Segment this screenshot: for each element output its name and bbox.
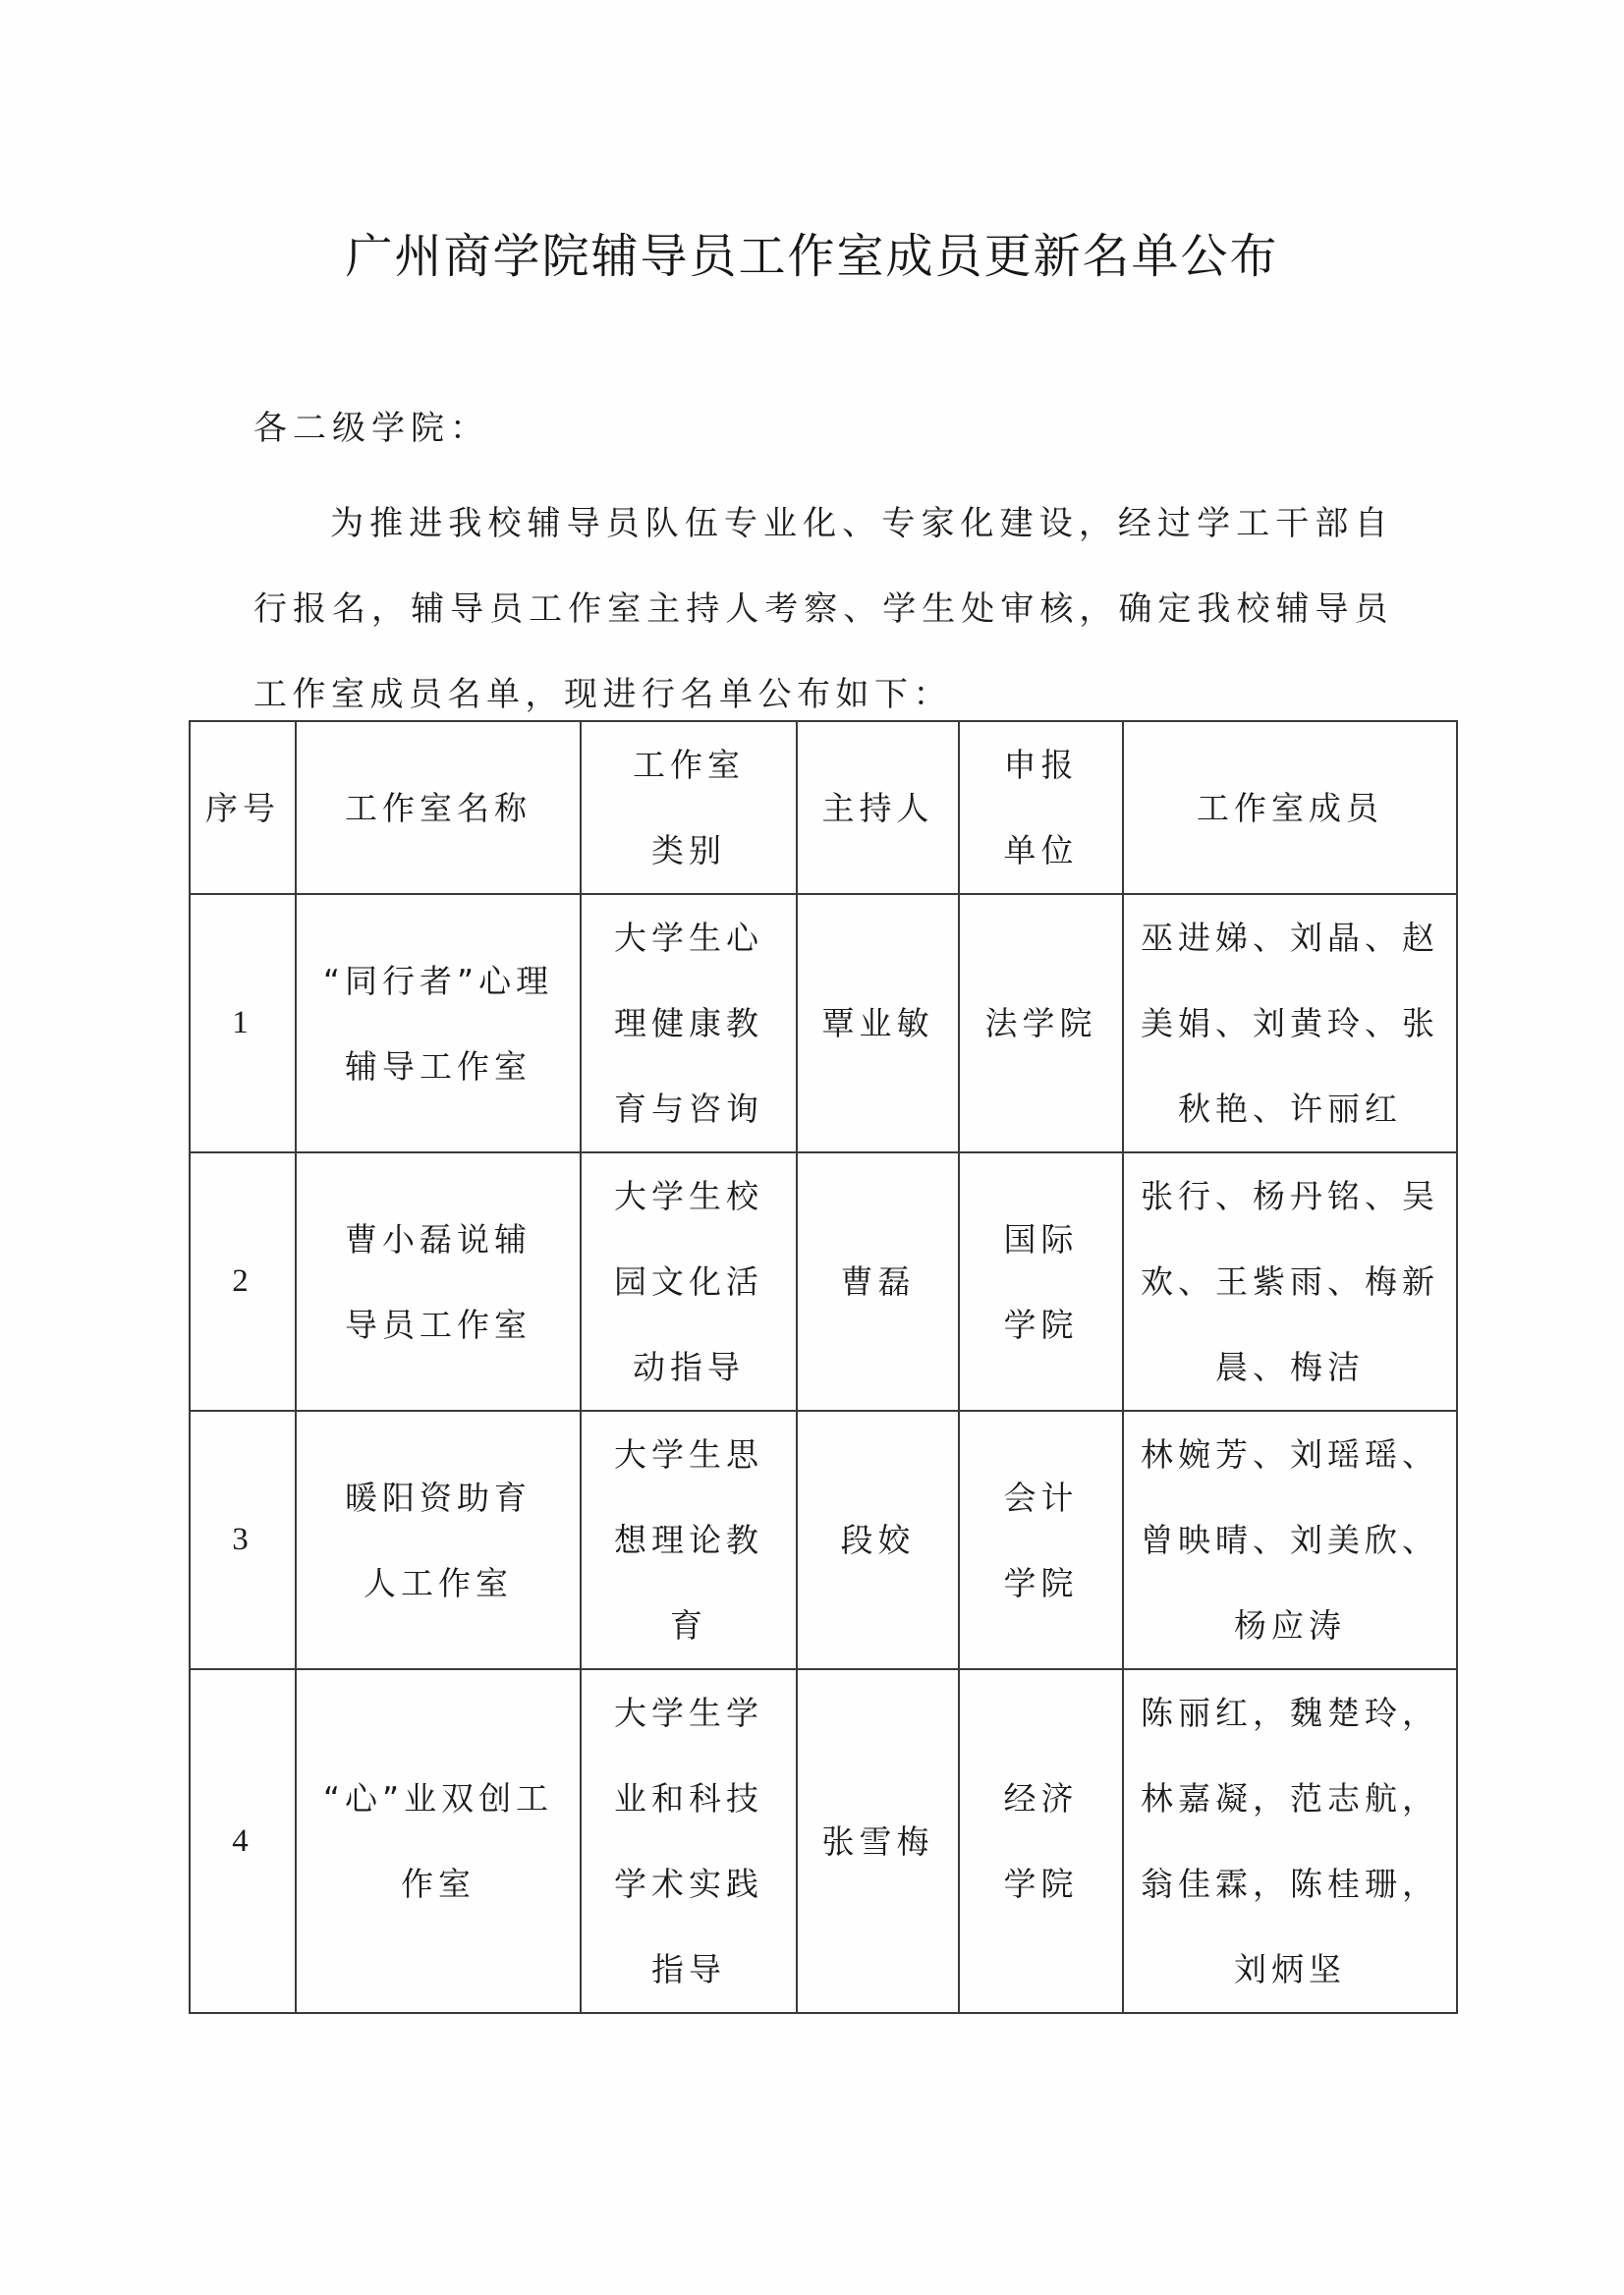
cell-unit: 国际学院 (959, 1152, 1123, 1411)
header-unit: 申报单位 (959, 721, 1123, 894)
cell-unit: 法学院 (959, 894, 1123, 1152)
cell-index: 2 (190, 1152, 296, 1411)
cell-index: 3 (190, 1411, 296, 1669)
cell-members: 巫进娣、刘晶、赵美娟、刘黄玲、张秋艳、许丽红 (1123, 894, 1457, 1152)
cell-host: 张雪梅 (797, 1669, 959, 2013)
header-host: 主持人 (797, 721, 959, 894)
table-row: 2 曹小磊说辅导员工作室 大学生校园文化活动指导 曹磊 国际学院 张行、杨丹铭、… (190, 1152, 1457, 1411)
studio-member-table: 序号 工作室名称 工作室类别 主持人 申报单位 工作室成员 1 “同行者”心理辅… (189, 720, 1458, 2014)
cell-index: 4 (190, 1669, 296, 2013)
cell-studio-name: 暖阳资助育人工作室 (296, 1411, 581, 1669)
cell-studio-name: 曹小磊说辅导员工作室 (296, 1152, 581, 1411)
cell-studio-type: 大学生思想理论教育 (581, 1411, 797, 1669)
cell-studio-type: 大学生心理健康教育与咨询 (581, 894, 797, 1152)
cell-host: 段姣 (797, 1411, 959, 1669)
cell-studio-type: 大学生学业和科技学术实践指导 (581, 1669, 797, 2013)
table-row: 3 暖阳资助育人工作室 大学生思想理论教育 段姣 会计学院 林婉芳、刘瑶瑶、曾映… (190, 1411, 1457, 1669)
cell-unit: 会计学院 (959, 1411, 1123, 1669)
header-members: 工作室成员 (1123, 721, 1457, 894)
cell-members: 张行、杨丹铭、吴欢、王紫雨、梅新晨、梅洁 (1123, 1152, 1457, 1411)
cell-unit: 经济学院 (959, 1669, 1123, 2013)
table-row: 4 “心”业双创工作室 大学生学业和科技学术实践指导 张雪梅 经济学院 陈丽红，… (190, 1669, 1457, 2013)
cell-studio-type: 大学生校园文化活动指导 (581, 1152, 797, 1411)
document-title: 广州商学院辅导员工作室成员更新名单公布 (0, 218, 1624, 286)
table-header-row: 序号 工作室名称 工作室类别 主持人 申报单位 工作室成员 (190, 721, 1457, 894)
cell-members: 林婉芳、刘瑶瑶、曾映晴、刘美欣、杨应涛 (1123, 1411, 1457, 1669)
body-paragraph: 为推进我校辅导员队伍专业化、专家化建设，经过学工干部自行报名，辅导员工作室主持人… (253, 481, 1393, 738)
cell-host: 覃业敏 (797, 894, 959, 1152)
cell-host: 曹磊 (797, 1152, 959, 1411)
cell-index: 1 (190, 894, 296, 1152)
cell-studio-name: “同行者”心理辅导工作室 (296, 894, 581, 1152)
cell-members: 陈丽红，魏楚玲，林嘉凝，范志航，翁佳霖，陈桂珊，刘炳坚 (1123, 1669, 1457, 2013)
cell-studio-name: “心”业双创工作室 (296, 1669, 581, 2013)
salutation: 各二级学院： (253, 401, 489, 449)
table-row: 1 “同行者”心理辅导工作室 大学生心理健康教育与咨询 覃业敏 法学院 巫进娣、… (190, 894, 1457, 1152)
header-studio-type: 工作室类别 (581, 721, 797, 894)
header-studio-name: 工作室名称 (296, 721, 581, 894)
header-index: 序号 (190, 721, 296, 894)
document-page: 广州商学院辅导员工作室成员更新名单公布 各二级学院： 为推进我校辅导员队伍专业化… (0, 0, 1624, 2295)
